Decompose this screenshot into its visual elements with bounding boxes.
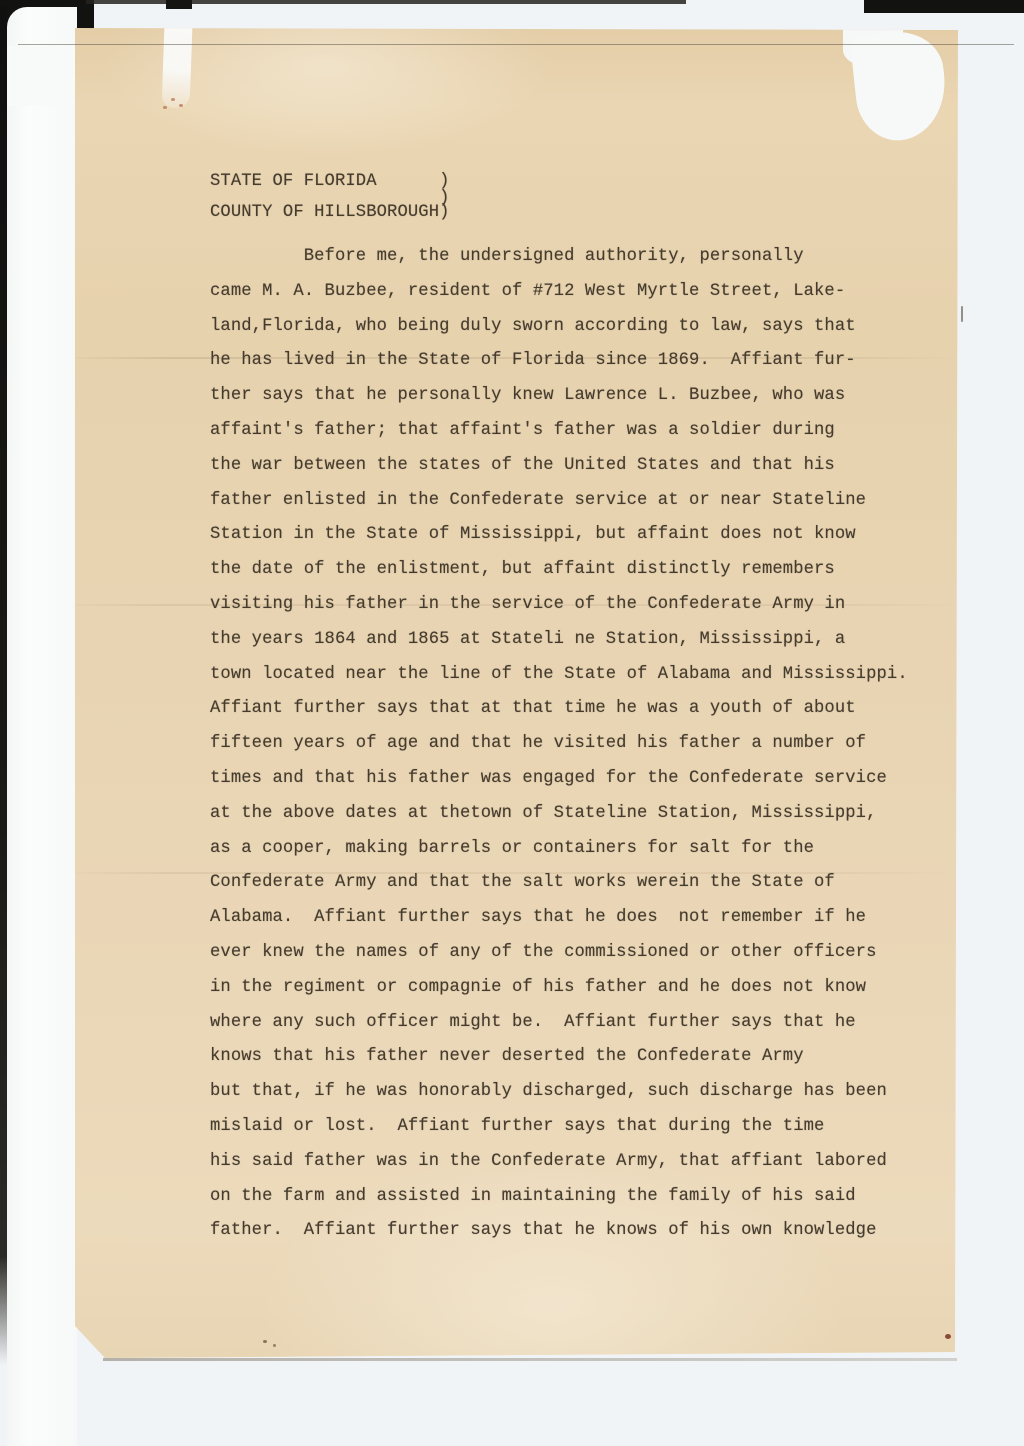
scanner-frame-left-edge [0,5,7,1365]
scanned-document-page: STATE OF FLORIDA ) )COUNTY OF HILLSBOROU… [0,0,1024,1446]
typed-line-12: the years 1864 and 1865 at Stateli ne St… [210,630,845,649]
typed-line-5: ther says that he personally knew Lawren… [210,386,845,405]
typed-line-9: Station in the State of Mississippi, but… [210,525,856,544]
typed-line-26: mislaid or lost. Affiant further says th… [210,1117,824,1136]
scanner-backing-strip [7,7,77,1446]
typed-line-22: in the regiment or compagnie of his fath… [210,978,866,997]
typed-line-15: fifteen years of age and that he visited… [210,734,866,753]
typed-line-7: the war between the states of the United… [210,456,835,475]
typed-line-10: the date of the enlistment, but affaint … [210,560,835,579]
typed-line-3: land,Florida, who being duly sworn accor… [210,317,856,336]
typed-line-17: at the above dates at thetown of Stateli… [210,804,877,823]
typed-line-25: but that, if he was honorably discharged… [210,1082,887,1101]
heading-line-3: COUNTY OF HILLSBOROUGH) [210,203,450,222]
typed-line-2: came M. A. Buzbee, resident of #712 West… [210,282,845,301]
typed-line-4: he has lived in the State of Florida sin… [210,351,856,370]
typed-line-19: Confederate Army and that the salt works… [210,873,835,892]
typed-line-29: father. Affiant further says that he kno… [210,1221,877,1240]
typed-line-23: where any such officer might be. Affiant… [210,1013,856,1032]
typed-line-1: Before me, the undersigned authority, pe… [210,247,804,266]
typed-line-13: town located near the line of the State … [210,665,908,684]
folded-corner [75,1320,117,1360]
typed-line-6: affaint's father; that affaint's father … [210,421,835,440]
typed-line-28: on the farm and assisted in maintaining … [210,1187,856,1206]
typed-line-24: knows that his father never deserted the… [210,1047,804,1066]
typed-line-20: Alabama. Affiant further says that he do… [210,908,866,927]
tape-tear-mark [162,26,193,109]
rust-speck [179,104,183,107]
typed-line-8: father enlisted in the Confederate servi… [210,491,866,510]
typed-line-21: ever knew the names of any of the commis… [210,943,877,962]
typed-line-18: as a cooper, making barrels or container… [210,839,814,858]
rust-speck [163,106,167,109]
typed-line-14: Affiant further says that at that time h… [210,699,856,718]
typed-line-11: visiting his father in the service of th… [210,595,845,614]
rust-speck [171,98,175,101]
typed-line-27: his said father was in the Confederate A… [210,1152,887,1171]
typed-text-layer: STATE OF FLORIDA ) )COUNTY OF HILLSBOROU… [210,0,970,1446]
typed-line-16: times and that his father was engaged fo… [210,769,887,788]
scanner-frame-top-tick [166,0,192,9]
